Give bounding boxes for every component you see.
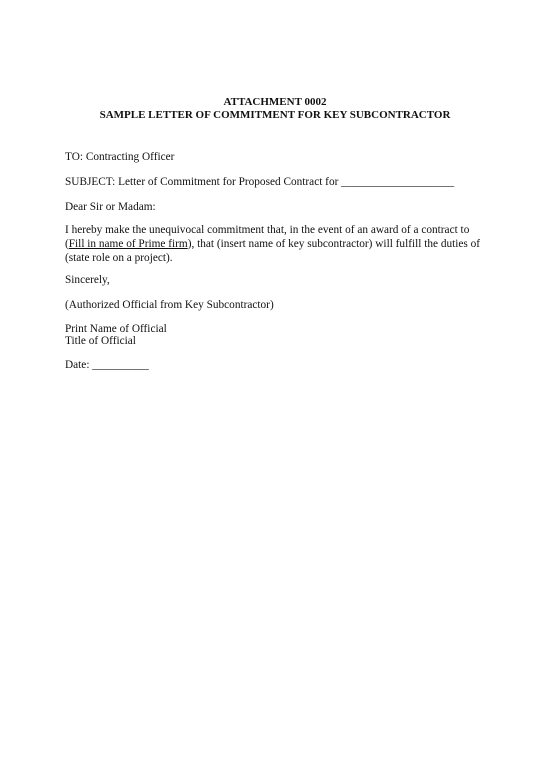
subject-line: SUBJECT: Letter of Commitment for Propos… — [65, 175, 454, 189]
date-line: Date: __________ — [65, 358, 149, 372]
document-title: SAMPLE LETTER OF COMMITMENT FOR KEY SUBC… — [0, 109, 550, 122]
commitment-paragraph: I hereby make the unequivocal commitment… — [65, 223, 490, 265]
closing: Sincerely, — [65, 273, 110, 287]
to-line: TO: Contracting Officer — [65, 150, 174, 164]
title-line: Title of Official — [65, 334, 136, 348]
attachment-number: ATTACHMENT 0002 — [0, 96, 550, 109]
signatory-line: (Authorized Official from Key Subcontrac… — [65, 298, 274, 312]
document-page: ATTACHMENT 0002 SAMPLE LETTER OF COMMITM… — [0, 0, 550, 777]
prime-firm-placeholder: Fill in name of Prime firm — [69, 238, 188, 250]
salutation: Dear Sir or Madam: — [65, 200, 156, 214]
